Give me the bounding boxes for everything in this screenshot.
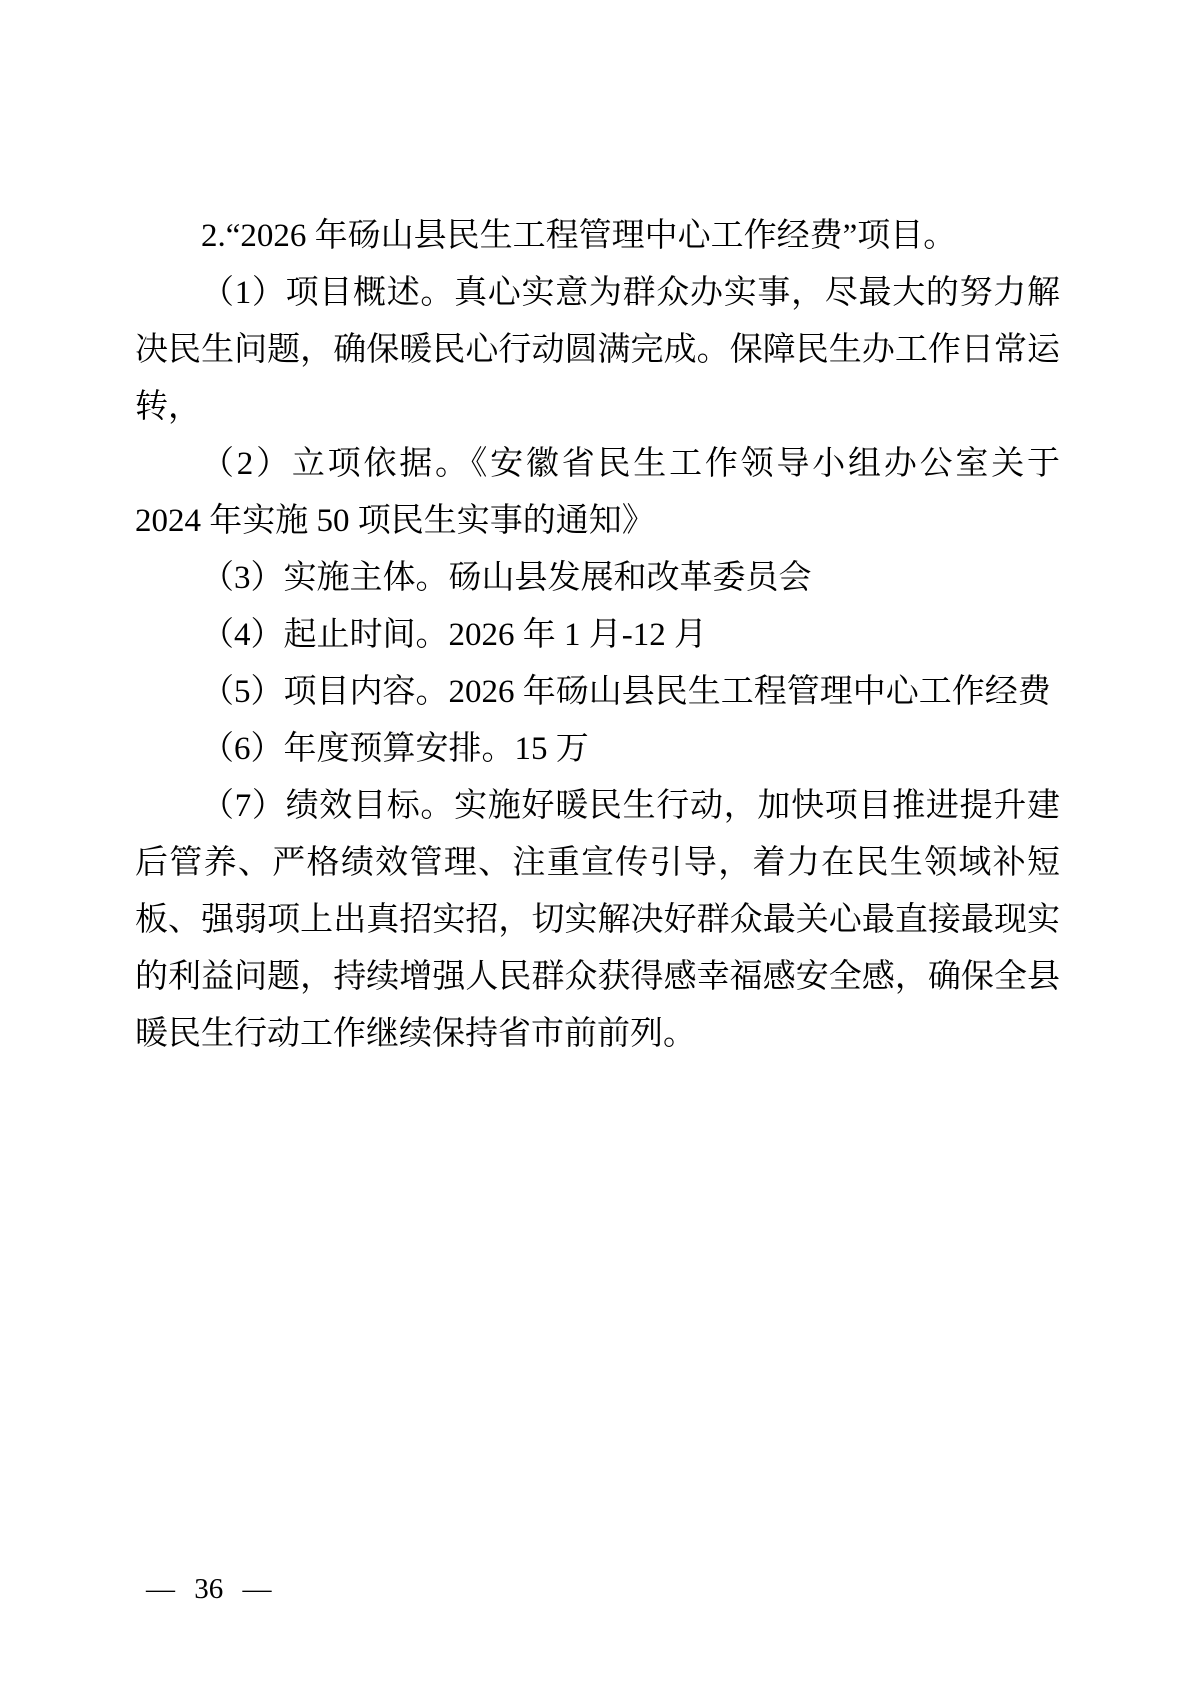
page-number: — 36 — [146,1572,272,1606]
document-page: 2.“2026 年砀山县民生工程管理中心工作经费”项目。 （1）项目概述。真心实… [0,0,1190,1683]
paragraph-item-3-implementer: （3）实施主体。砀山县发展和改革委员会 [135,550,1060,607]
paragraph-item-7-performance-goal: （7）绩效目标。实施好暖民生行动，加快项目推进提升建后管养、严格绩效管理、注重宣… [135,778,1060,1063]
paragraph-project-heading: 2.“2026 年砀山县民生工程管理中心工作经费”项目。 [135,208,1060,265]
document-body: 2.“2026 年砀山县民生工程管理中心工作经费”项目。 （1）项目概述。真心实… [135,208,1060,1063]
paragraph-item-5-content: （5）项目内容。2026 年砀山县民生工程管理中心工作经费 [135,664,1060,721]
paragraph-item-2-basis: （2）立项依据。《安徽省民生工作领导小组办公室关于 2024 年实施 50 项民… [135,436,1060,550]
paragraph-item-4-duration: （4）起止时间。2026 年 1 月-12 月 [135,607,1060,664]
paragraph-item-1-overview: （1）项目概述。真心实意为群众办实事，尽最大的努力解决民生问题，确保暖民心行动圆… [135,265,1060,436]
paragraph-item-6-budget: （6）年度预算安排。15 万 [135,721,1060,778]
